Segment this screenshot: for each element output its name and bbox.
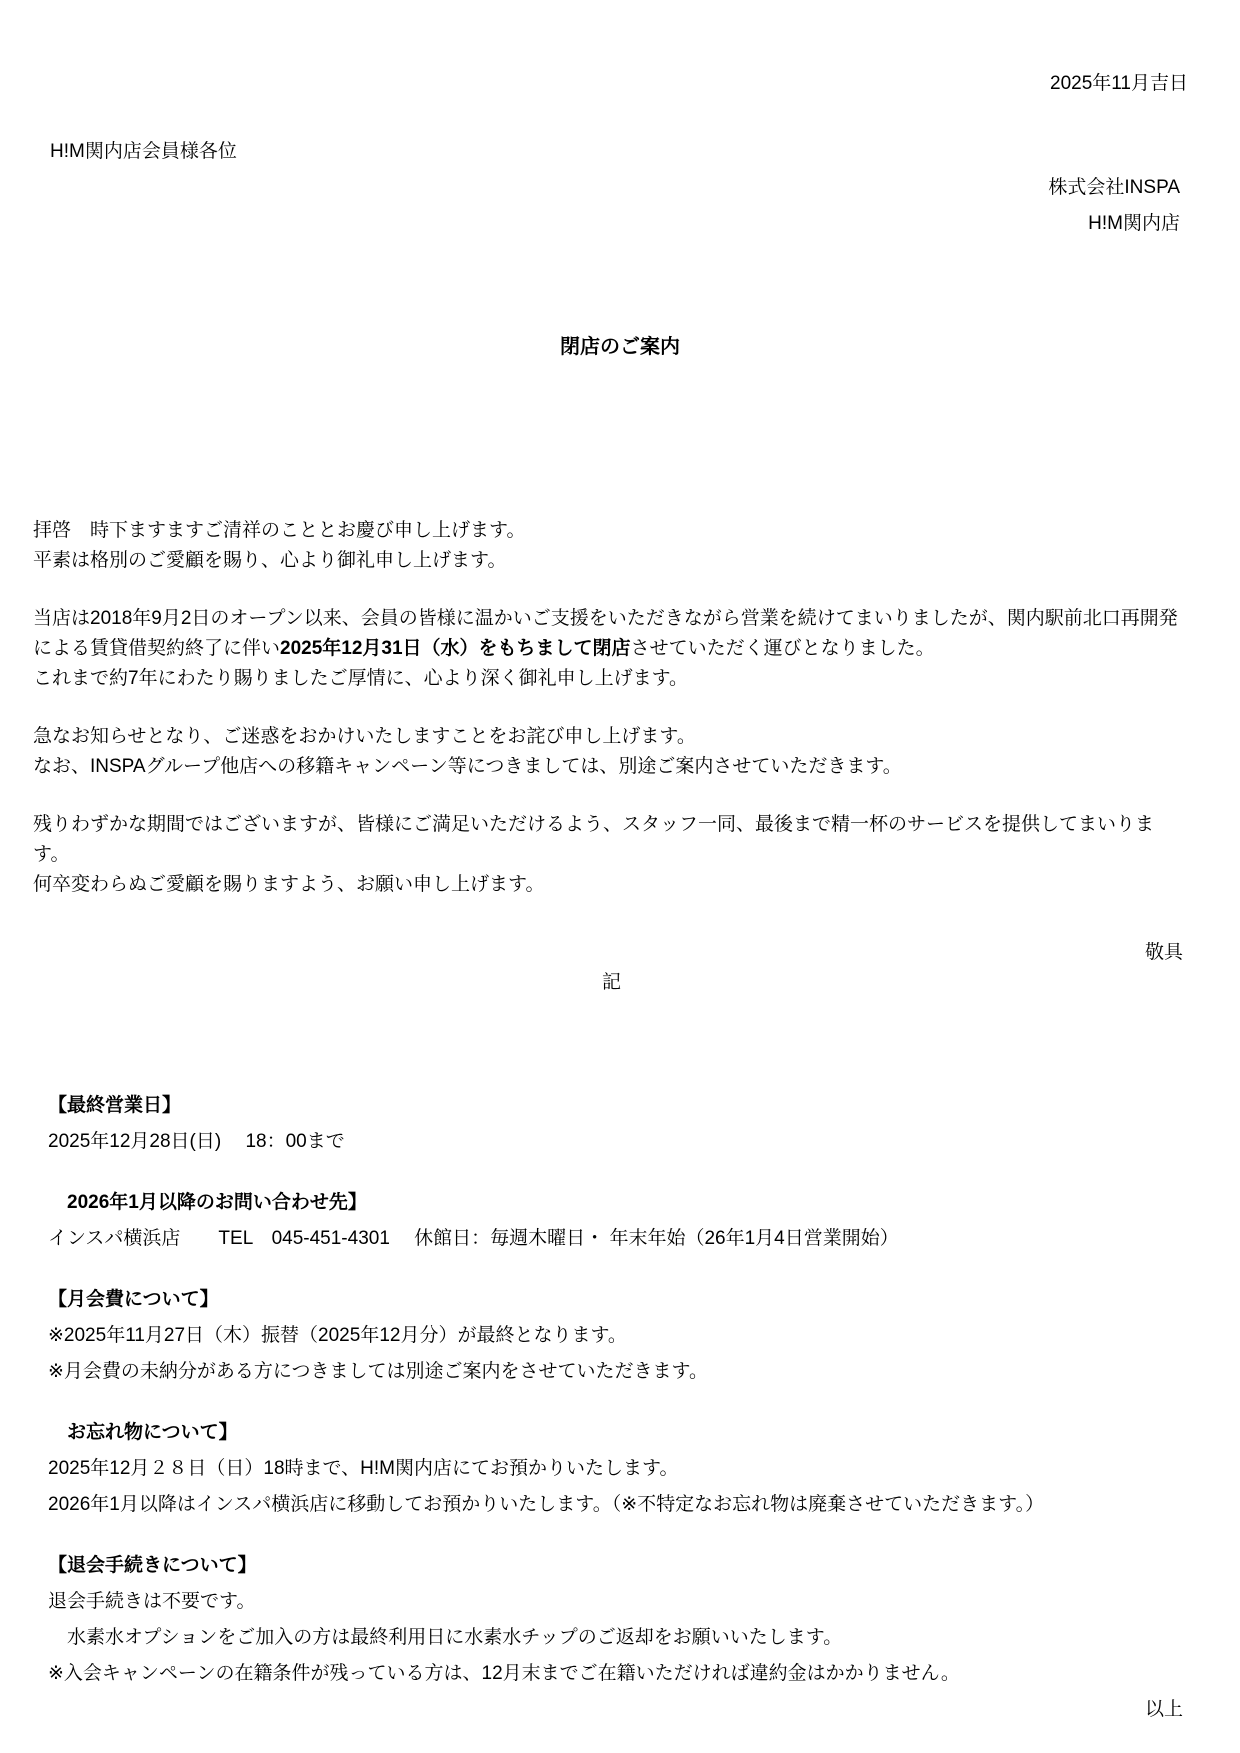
- commitment-paragraph: 残りわずかな期間ではございますが、皆様にご満足いただけるよう、スタッフ一同、最後…: [33, 810, 1190, 870]
- section-monthly-fee-heading: 【月会費について】: [48, 1282, 1200, 1318]
- section-lost-items-line1: 2025年12月２８日（日）18時まで、H!M関内店にてお預かりいたします。: [48, 1451, 1200, 1487]
- section-monthly-fee-line1: ※2025年11月27日（木）振替（2025年12月分）が最終となります。: [48, 1318, 1200, 1354]
- sender-company: 株式会社INSPA: [1048, 172, 1180, 199]
- letter-body: 拝啓 時下ますますご清祥のこととお慶び申し上げます。 平素は格別のご愛顧を賜り、…: [33, 516, 1190, 998]
- sender-branch: H!M関内店: [1088, 208, 1180, 235]
- closure-date-bold: 2025年12月31日（水）をもちまして閉店: [280, 638, 631, 659]
- section-withdrawal-line3: ※入会キャンペーンの在籍条件が残っている方は、12月末までご在籍いただければ違約…: [48, 1656, 1200, 1692]
- section-contact-heading: 2026年1月以降のお問い合わせ先】: [48, 1185, 1200, 1221]
- notice-sections: 【最終営業日】 2025年12月28日(日) 18：00まで 2026年1月以降…: [33, 1088, 1200, 1728]
- greeting-line: 拝啓 時下ますますご清祥のこととお慶び申し上げます。: [33, 516, 1190, 546]
- record-mark: 記: [33, 968, 1190, 998]
- request-line: 何卒変わらぬご愛顧を賜りますよう、お願い申し上げます。: [33, 870, 1190, 900]
- section-last-business-day-heading: 【最終営業日】: [48, 1088, 1200, 1124]
- end-word: 以上: [33, 1692, 1200, 1728]
- closing-word: 敬具: [33, 938, 1190, 968]
- document-title: 閉店のご案内: [0, 330, 1240, 359]
- section-contact: 2026年1月以降のお問い合わせ先】 インスパ横浜店 TEL 045-451-4…: [33, 1185, 1200, 1257]
- section-lost-items-heading: お忘れ物について】: [48, 1415, 1200, 1451]
- recipient-line: H!M関内店会員様各位: [50, 136, 237, 163]
- gratitude-line: これまで約7年にわたり賜りましたご厚情に、心より深く御礼申し上げます。: [33, 664, 1190, 694]
- section-last-business-day: 【最終営業日】 2025年12月28日(日) 18：00まで: [33, 1088, 1200, 1160]
- apology-line: 急なお知らせとなり、ご迷惑をおかけいたしますことをお詫び申し上げます。: [33, 722, 1190, 752]
- section-monthly-fee: 【月会費について】 ※2025年11月27日（木）振替（2025年12月分）が最…: [33, 1282, 1200, 1390]
- letter-date: 2025年11月吉日: [1050, 68, 1188, 95]
- section-withdrawal-line2: 水素水オプションをご加入の方は最終利用日に水素水チップのご返却をお願いいたします…: [48, 1620, 1200, 1656]
- section-withdrawal: 【退会手続きについて】 退会手続きは不要です。 水素水オプションをご加入の方は最…: [33, 1548, 1200, 1692]
- section-lost-items: お忘れ物について】 2025年12月２８日（日）18時まで、H!M関内店にてお預…: [33, 1415, 1200, 1523]
- section-withdrawal-heading: 【退会手続きについて】: [48, 1548, 1200, 1584]
- section-contact-line: インスパ横浜店 TEL 045-451-4301 休館日：毎週木曜日・ 年末年始…: [48, 1221, 1200, 1257]
- section-last-business-day-line: 2025年12月28日(日) 18：00まで: [48, 1124, 1200, 1160]
- section-lost-items-line2: 2026年1月以降はインスパ横浜店に移動してお預かりいたします。（※不特定なお忘…: [48, 1487, 1200, 1523]
- section-withdrawal-line1: 退会手続きは不要です。: [48, 1584, 1200, 1620]
- transfer-info-line: なお、INSPAグループ他店への移籍キャンペーン等につきましては、別途ご案内させ…: [33, 752, 1190, 782]
- section-monthly-fee-line2: ※月会費の未納分がある方につきましては別途ご案内をさせていただきます。: [48, 1354, 1200, 1390]
- closure-notice-paragraph: 当店は2018年9月2日のオープン以来、会員の皆様に温かいご支援をいただきながら…: [33, 604, 1190, 664]
- closure-notice-post: させていただく運びとなりました。: [631, 638, 935, 659]
- document-page: 2025年11月吉日 H!M関内店会員様各位 株式会社INSPA H!M関内店 …: [0, 0, 1240, 1753]
- opening-thanks-line: 平素は格別のご愛顧を賜り、心より御礼申し上げます。: [33, 546, 1190, 576]
